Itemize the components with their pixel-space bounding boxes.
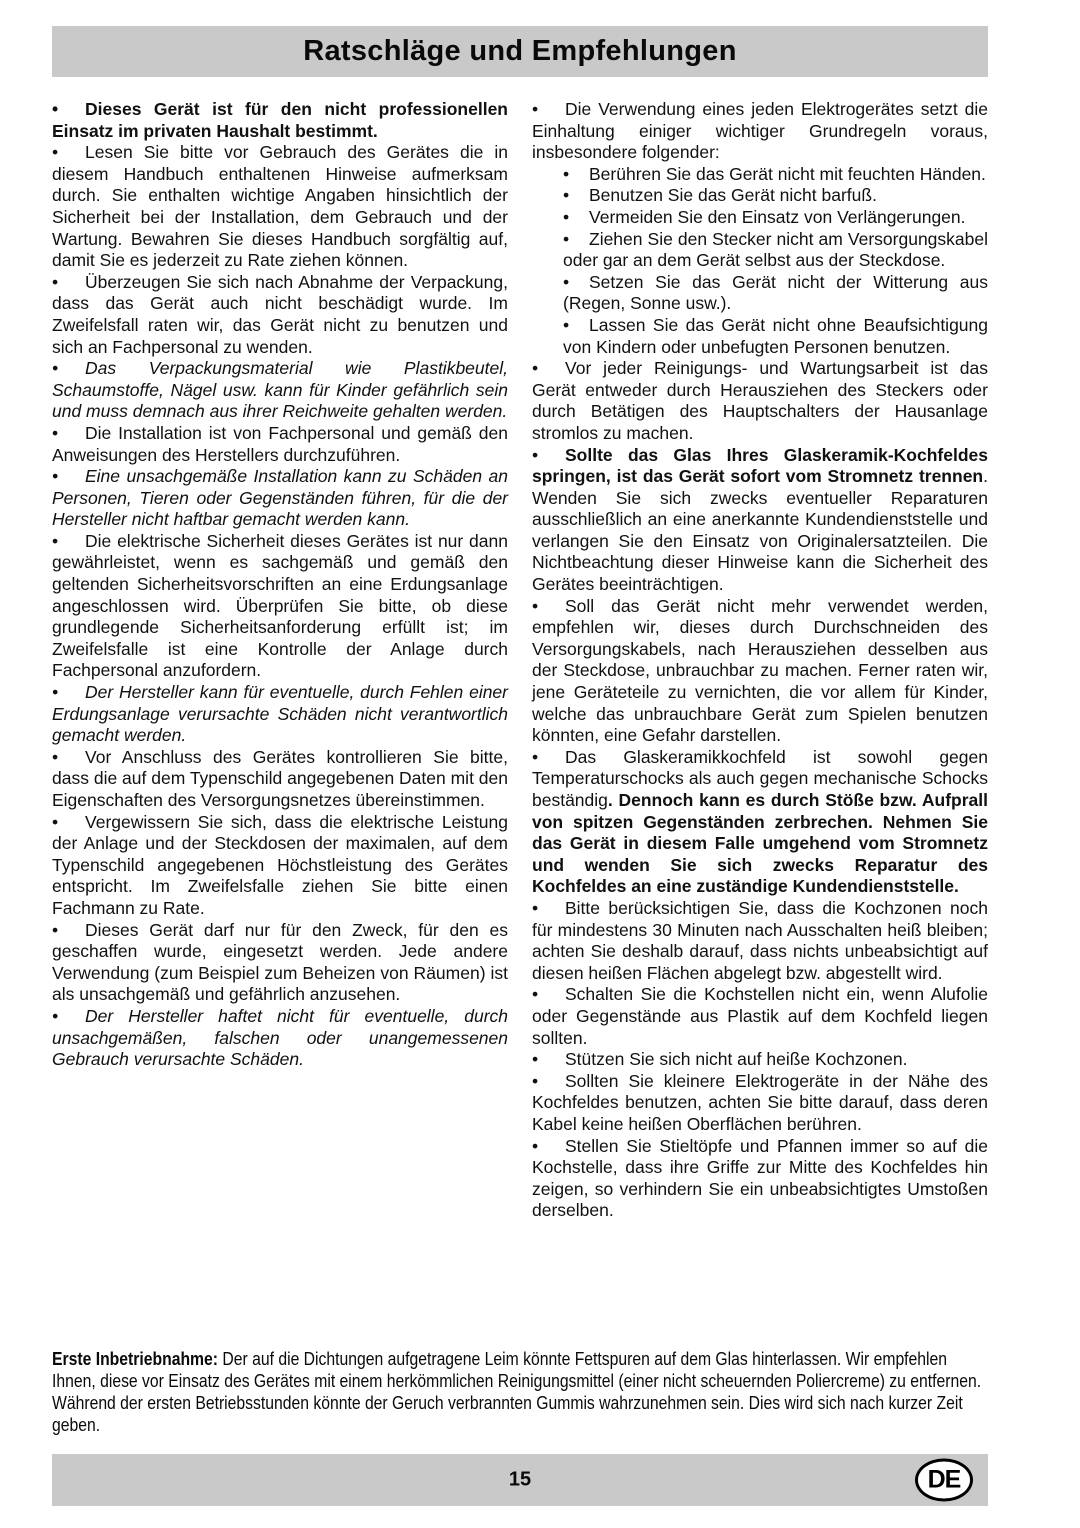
bullet-icon: • <box>52 682 85 704</box>
bullet-item: •Überzeugen Sie sich nach Abnahme der Ve… <box>52 272 508 358</box>
bullet-icon: • <box>532 747 565 769</box>
paragraph-text: Vermeiden Sie den Einsatz von Verlängeru… <box>589 207 966 227</box>
bullet-item: •Stellen Sie Stieltöpfe und Pfannen imme… <box>532 1136 988 1222</box>
bullet-icon: • <box>52 812 85 834</box>
page-number: 15 <box>52 1469 988 1492</box>
paragraph-text: Vor jeder Reinigungs- und Wartungsarbeit… <box>532 358 988 443</box>
bullet-item: •Dieses Gerät ist für den nicht professi… <box>52 99 508 142</box>
bullet-item: •Stützen Sie sich nicht auf heiße Kochzo… <box>532 1049 988 1071</box>
first-use-label: Erste Inbetriebnahme: <box>52 1348 218 1369</box>
paragraph-text: Die Installation ist von Fachpersonal un… <box>52 423 508 465</box>
bullet-item: •Der Hersteller haftet nicht für eventue… <box>52 1006 508 1071</box>
bullet-icon: • <box>563 315 589 337</box>
bullet-icon: • <box>532 596 565 618</box>
paragraph-text: Benutzen Sie das Gerät nicht barfuß. <box>589 185 877 205</box>
paragraph-text: Setzen Sie das Gerät nicht der Witterung… <box>563 272 988 314</box>
bullet-item: •Das Verpackungsmaterial wie Plastikbeut… <box>52 358 508 423</box>
bullet-icon: • <box>532 358 565 380</box>
bullet-icon: • <box>532 1071 565 1093</box>
bullet-item: •Sollten Sie kleinere Elektrogeräte in d… <box>532 1071 988 1136</box>
bullet-icon: • <box>563 164 589 186</box>
bullet-icon: • <box>52 142 85 164</box>
paragraph-text: Stützen Sie sich nicht auf heiße Kochzon… <box>565 1049 907 1069</box>
paragraph-text: Die elektrische Sicherheit dieses Geräte… <box>52 531 508 681</box>
bullet-item: •Die elektrische Sicherheit dieses Gerät… <box>52 531 508 682</box>
bullet-icon: • <box>532 445 565 467</box>
bullet-icon: • <box>52 747 85 769</box>
paragraph-text: Der Hersteller haftet nicht für eventuel… <box>52 1006 508 1069</box>
bullet-item: •Vergewissern Sie sich, dass die elektri… <box>52 812 508 920</box>
paragraph-text: Soll das Gerät nicht mehr verwendet werd… <box>532 596 988 746</box>
bullet-icon: • <box>563 185 589 207</box>
bullet-item: •Das Glaskeramikkochfeld ist sowohl gege… <box>532 747 988 898</box>
bullet-icon: • <box>52 423 85 445</box>
paragraph-text: Eine unsachgemäße Installation kann zu S… <box>52 466 508 529</box>
bullet-item: •Soll das Gerät nicht mehr verwendet wer… <box>532 596 988 747</box>
bullet-icon: • <box>532 99 565 121</box>
paragraph-text: Dieses Gerät darf nur für den Zweck, für… <box>52 920 508 1005</box>
bullet-icon: • <box>52 272 85 294</box>
paragraph-text: Der Hersteller kann für eventuelle, durc… <box>52 682 508 745</box>
bullet-item: •Sollte das Glas Ihres Glaskeramik-Kochf… <box>532 445 988 596</box>
bullet-icon: • <box>563 272 589 294</box>
right-column: •Die Verwendung eines jeden Elektrogerät… <box>532 99 988 1222</box>
paragraph-text: Bitte berücksichtigen Sie, dass die Koch… <box>532 898 988 983</box>
bullet-item: •Eine unsachgemäße Installation kann zu … <box>52 466 508 531</box>
bullet-item: •Bitte berücksichtigen Sie, dass die Koc… <box>532 898 988 984</box>
paragraph-text: Das Verpackungsmaterial wie Plastikbeute… <box>52 358 508 421</box>
paragraph-text: Schalten Sie die Kochstellen nicht ein, … <box>532 984 988 1047</box>
left-column: •Dieses Gerät ist für den nicht professi… <box>52 99 508 1071</box>
bullet-icon: • <box>52 1006 85 1028</box>
bullet-icon: • <box>52 358 85 380</box>
page-header-bar: Ratschläge und Empfehlungen <box>52 26 988 77</box>
paragraph-text-bold: Sollte das Glas Ihres Glaskeramik-Kochfe… <box>532 445 988 487</box>
bullet-icon: • <box>52 466 85 488</box>
page-footer-bar: 15 DE <box>52 1454 988 1506</box>
bullet-item: •Die Installation ist von Fachpersonal u… <box>52 423 508 466</box>
paragraph-text: Vor Anschluss des Gerätes kontrollieren … <box>52 747 508 810</box>
bullet-item: •Die Verwendung eines jeden Elektrogerät… <box>532 99 988 164</box>
sub-bullet-item: •Lassen Sie das Gerät nicht ohne Beaufsi… <box>563 315 988 358</box>
bullet-item: •Vor jeder Reinigungs- und Wartungsarbei… <box>532 358 988 444</box>
bullet-icon: • <box>52 99 85 121</box>
language-badge: DE <box>915 1459 973 1502</box>
paragraph-text: Ziehen Sie den Stecker nicht am Versorgu… <box>563 229 988 271</box>
paragraph-text: Berühren Sie das Gerät nicht mit feuchte… <box>589 164 986 184</box>
sub-bullet-item: •Setzen Sie das Gerät nicht der Witterun… <box>563 272 988 315</box>
first-use-note: Erste Inbetriebnahme: Der auf die Dichtu… <box>52 1348 988 1436</box>
bullet-item: •Vor Anschluss des Gerätes kontrollieren… <box>52 747 508 812</box>
bullet-icon: • <box>532 984 565 1006</box>
paragraph-text: Stellen Sie Stieltöpfe und Pfannen immer… <box>532 1136 988 1221</box>
bullet-icon: • <box>532 898 565 920</box>
sub-bullet-item: •Ziehen Sie den Stecker nicht am Versorg… <box>563 229 988 272</box>
bullet-item: •Der Hersteller kann für eventuelle, dur… <box>52 682 508 747</box>
bullet-icon: • <box>532 1049 565 1071</box>
language-badge-text: DE <box>928 1466 961 1495</box>
sub-bullet-item: •Berühren Sie das Gerät nicht mit feucht… <box>563 164 988 186</box>
bullet-item: •Dieses Gerät darf nur für den Zweck, fü… <box>52 920 508 1006</box>
bullet-icon: • <box>563 229 589 251</box>
paragraph-text: Lesen Sie bitte vor Gebrauch des Gerätes… <box>52 142 508 270</box>
paragraph-text: Dieses Gerät ist für den nicht professio… <box>52 99 508 141</box>
bullet-item: •Lesen Sie bitte vor Gebrauch des Geräte… <box>52 142 508 272</box>
paragraph-text: Sollten Sie kleinere Elektrogeräte in de… <box>532 1071 988 1134</box>
manual-page: Ratschläge und Empfehlungen •Dieses Gerä… <box>0 0 1080 1528</box>
paragraph-text: Überzeugen Sie sich nach Abnahme der Ver… <box>52 272 508 357</box>
sub-bullet-item: •Vermeiden Sie den Einsatz von Verlänger… <box>563 207 988 229</box>
bullet-icon: • <box>52 531 85 553</box>
paragraph-text: Die Verwendung eines jeden Elektrogeräte… <box>532 99 988 162</box>
bullet-item: •Schalten Sie die Kochstellen nicht ein,… <box>532 984 988 1049</box>
bullet-icon: • <box>532 1136 565 1158</box>
paragraph-text: Lassen Sie das Gerät nicht ohne Beaufsic… <box>563 315 988 357</box>
sub-bullet-item: •Benutzen Sie das Gerät nicht barfuß. <box>563 185 988 207</box>
bullet-icon: • <box>52 920 85 942</box>
paragraph-text: Vergewissern Sie sich, dass die elektris… <box>52 812 508 918</box>
page-title: Ratschläge und Empfehlungen <box>303 35 736 68</box>
bullet-icon: • <box>563 207 589 229</box>
